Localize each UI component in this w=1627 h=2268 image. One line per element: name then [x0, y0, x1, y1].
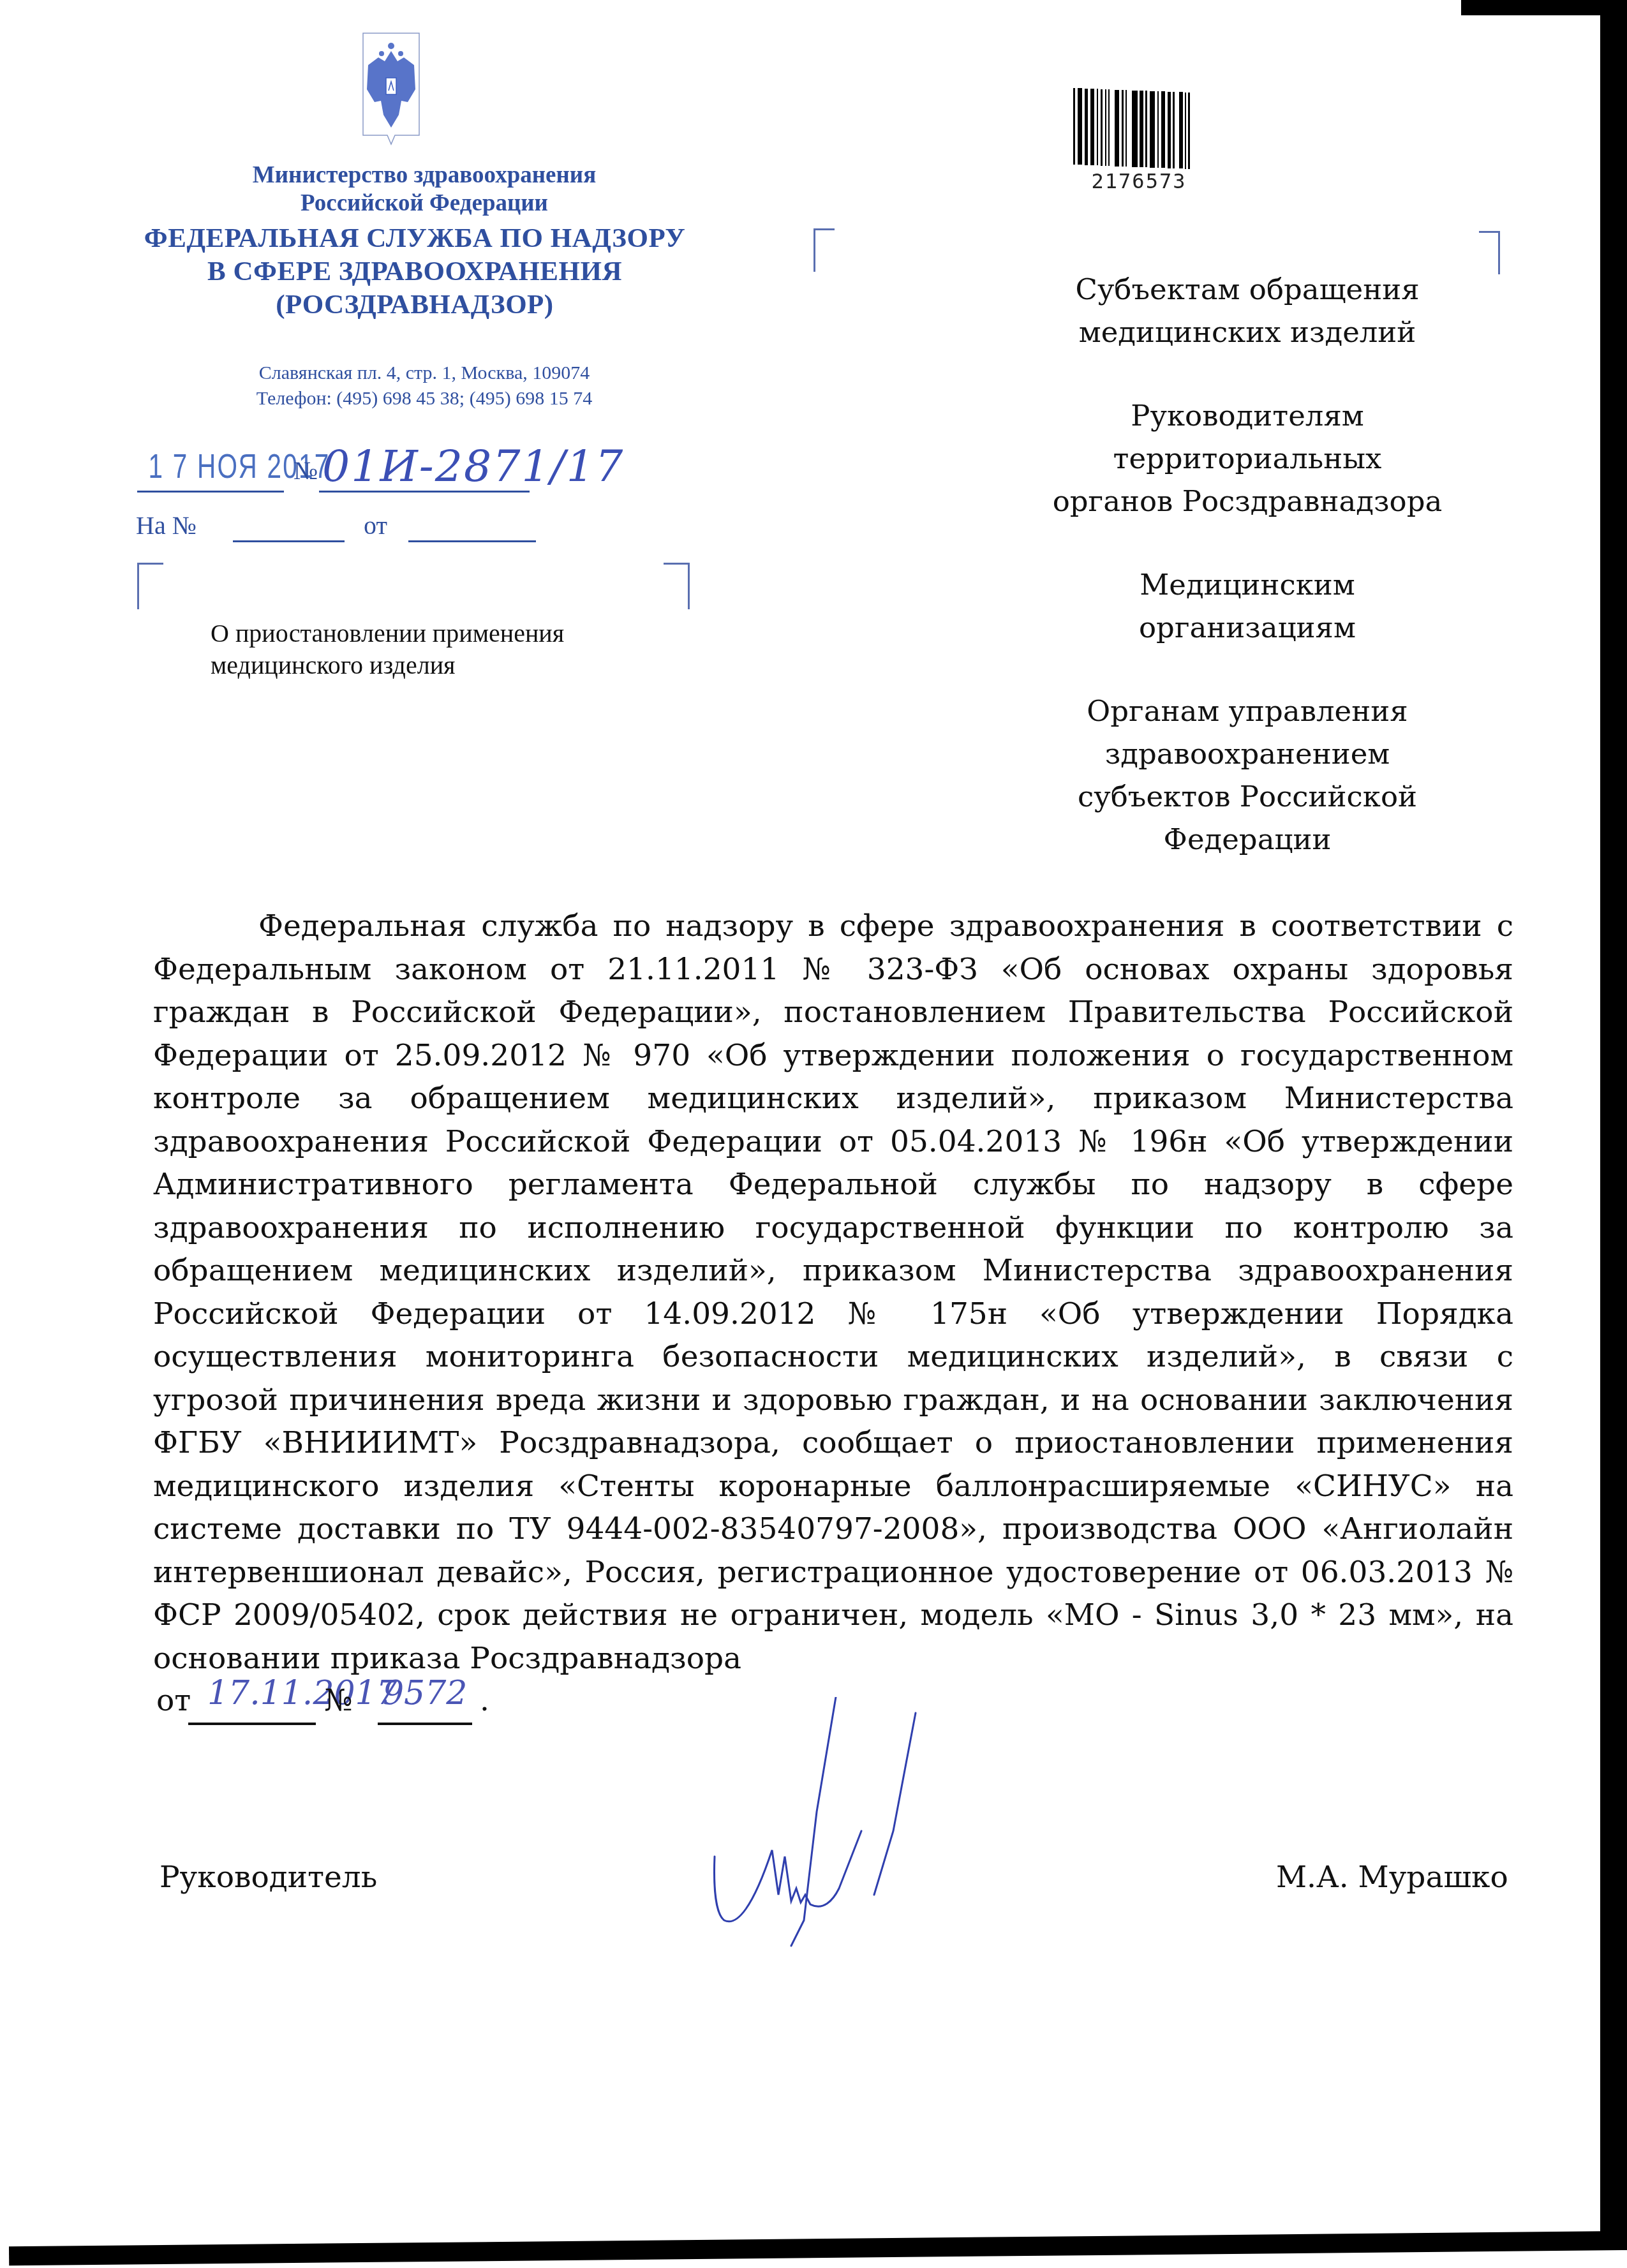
address-line: Славянская пл. 4, стр. 1, Москва, 109074	[160, 360, 689, 386]
addressee-block: Субъектам обращения медицинских изделий	[970, 268, 1525, 353]
signatory-name: М.А. Мурашко	[1276, 1860, 1508, 1895]
subject-line: медицинского изделия	[211, 649, 695, 681]
addressee-line: Руководителям	[970, 394, 1525, 437]
scan-border-right	[1600, 0, 1627, 2239]
body-paragraph: Федеральная служба по надзору в сфере зд…	[153, 905, 1513, 1680]
reply-to-label: На №	[136, 510, 197, 540]
addressee-line: Субъектам обращения	[970, 268, 1525, 311]
reply-date-blank	[408, 540, 536, 542]
barcode-number: 2176573	[1085, 169, 1193, 193]
addressee-block: Органам управления здравоохранением субъ…	[970, 690, 1525, 861]
registration-number-underline	[319, 491, 530, 493]
addressee-line: медицинских изделий	[970, 311, 1525, 353]
corner-bracket-icon	[137, 563, 163, 609]
addressee-line: органов Росздравнадзора	[970, 480, 1525, 523]
addressee-line: Федерации	[970, 818, 1525, 861]
subject-line: О приостановлении применения	[211, 618, 695, 649]
order-date-handwritten: 17.11.2017	[207, 1674, 397, 1712]
registration-date-underline	[137, 491, 284, 493]
double-headed-eagle-emblem-icon	[362, 32, 420, 147]
registration-number-handwritten: 01И-2871/17	[322, 441, 624, 492]
addressee-list: Субъектам обращения медицинских изделий …	[970, 268, 1525, 901]
handwritten-signature-icon	[676, 1697, 1059, 1965]
reply-number-blank	[233, 540, 345, 542]
signatory-position: Руководитель	[160, 1860, 377, 1895]
service-address: Славянская пл. 4, стр. 1, Москва, 109074…	[160, 360, 689, 411]
ministry-line: Министерство здравоохранения	[160, 161, 689, 189]
service-line: ФЕДЕРАЛЬНАЯ СЛУЖБА ПО НАДЗОРУ	[128, 222, 702, 255]
registration-number-label: №	[293, 456, 318, 485]
order-date-underline	[188, 1723, 316, 1725]
ministry-line: Российской Федерации	[160, 189, 689, 218]
addressee-line: организациям	[970, 606, 1525, 649]
corner-bracket-icon	[664, 563, 690, 609]
order-end-period: .	[480, 1683, 489, 1718]
order-number-label: №	[324, 1683, 352, 1718]
order-reference-line: от 17.11.2017 № 9572 .	[153, 1678, 727, 1729]
scan-border-bottom	[9, 2231, 1627, 2265]
addressee-block: Медицинским организациям	[970, 563, 1525, 649]
addressee-line: здравоохранением	[970, 732, 1525, 775]
addressee-line: Медицинским	[970, 563, 1525, 606]
addressee-line: Органам управления	[970, 690, 1525, 732]
order-number-handwritten: 9572	[383, 1674, 467, 1712]
service-line: В СФЕРЕ ЗДРАВООХРАНЕНИЯ	[128, 255, 702, 288]
addressee-line: территориальных	[970, 437, 1525, 480]
addressee-block: Руководителям территориальных органов Ро…	[970, 394, 1525, 523]
addressee-line: субъектов Российской	[970, 775, 1525, 818]
phone-line: Телефон: (495) 698 45 38; (495) 698 15 7…	[160, 386, 689, 411]
letter-body: Федеральная служба по надзору в сфере зд…	[153, 905, 1513, 1680]
service-name: ФЕДЕРАЛЬНАЯ СЛУЖБА ПО НАДЗОРУ В СФЕРЕ ЗД…	[128, 222, 702, 322]
order-from-label: от	[156, 1683, 191, 1718]
order-number-underline	[378, 1723, 472, 1725]
service-line: (РОСЗДРАВНАДЗОР)	[128, 288, 702, 322]
registration-row: 1 7 НОЯ 2017 № 01И-2871/17	[131, 447, 705, 498]
reply-reference-row: На № от	[131, 510, 705, 549]
letter-subject: О приостановлении применения медицинског…	[211, 618, 695, 681]
ministry-name: Министерство здравоохранения Российской …	[160, 161, 689, 218]
reply-from-label: от	[364, 510, 387, 540]
corner-bracket-icon	[813, 228, 835, 272]
barcode-icon	[1073, 88, 1201, 171]
